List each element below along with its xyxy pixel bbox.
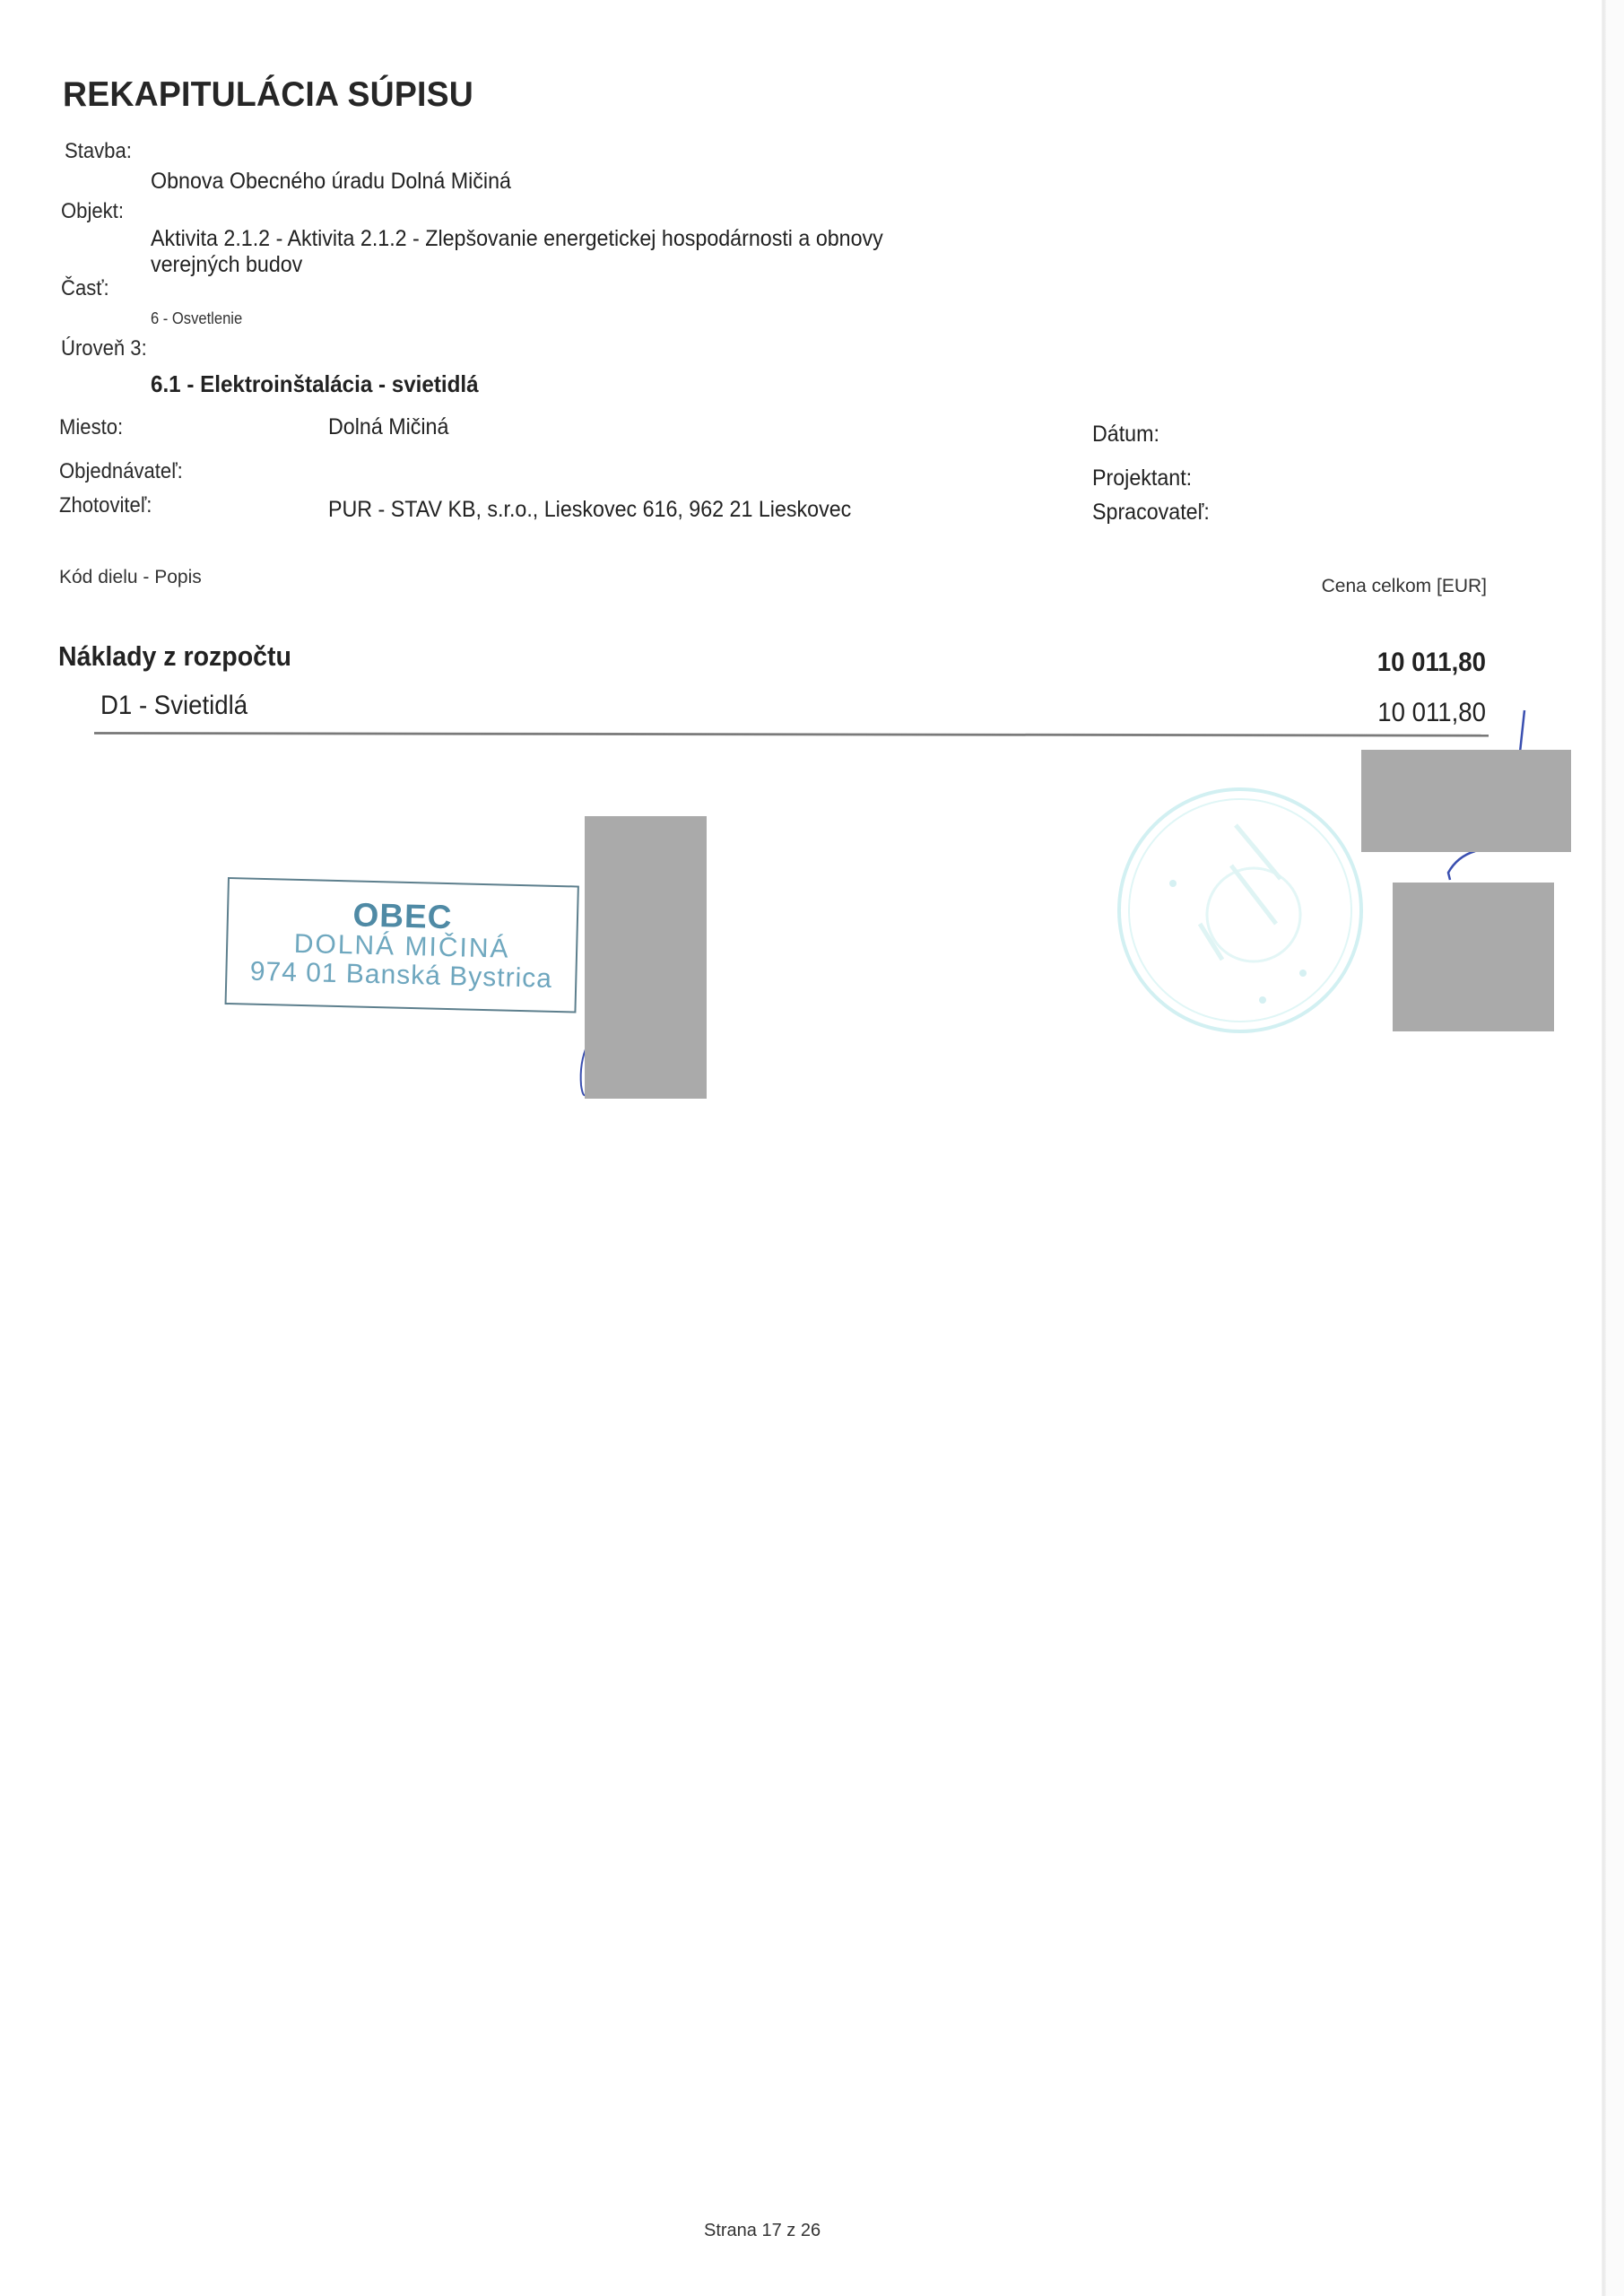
page-number: Strana 17 z 26 xyxy=(704,2221,821,2241)
column-header-total-price: Cena celkom [EUR] xyxy=(1255,576,1487,597)
uroven-value: 6.1 - Elektroinštalácia - svietidlá xyxy=(151,370,479,398)
row-label: D1 - Svietidlá xyxy=(100,691,248,721)
datum-label: Dátum: xyxy=(1092,422,1159,448)
table-divider xyxy=(94,732,1489,737)
zhotovitel-value: PUR - STAV KB, s.r.o., Lieskovec 616, 96… xyxy=(328,497,851,523)
uroven-label: Úroveň 3: xyxy=(61,336,147,361)
budget-total-label: Náklady z rozpočtu xyxy=(58,640,291,673)
document-title: REKAPITULÁCIA SÚPISU xyxy=(63,75,473,115)
stavba-value: Obnova Obecného úradu Dolná Mičiná xyxy=(151,169,511,195)
redacted-signature xyxy=(1393,883,1554,1031)
row-value: 10 011,80 xyxy=(1274,698,1486,728)
redacted-signature xyxy=(585,816,707,1099)
stavba-label: Stavba: xyxy=(65,139,132,164)
cast-value: 6 - Osvetlenie xyxy=(151,309,242,328)
objekt-label: Objekt: xyxy=(61,199,124,224)
municipal-stamp: OBEC DOLNÁ MIČINÁ 974 01 Banská Bystrica xyxy=(225,877,579,1013)
miesto-value: Dolná Mičiná xyxy=(328,414,448,440)
round-stamp-icon xyxy=(1110,780,1370,1040)
objednavatel-label: Objednávateľ: xyxy=(59,459,183,484)
zhotovitel-label: Zhotoviteľ: xyxy=(59,493,152,518)
objekt-value-line1: Aktivita 2.1.2 - Aktivita 2.1.2 - Zlepšo… xyxy=(151,226,883,252)
signature-stroke-icon xyxy=(1439,848,1484,883)
spracovatel-label: Spracovateľ: xyxy=(1092,500,1210,526)
projektant-label: Projektant: xyxy=(1092,465,1192,491)
objekt-value-line2: verejných budov xyxy=(151,252,302,278)
column-header-code-description: Kód dielu - Popis xyxy=(59,567,202,588)
page-margin xyxy=(1606,0,1624,2296)
miesto-label: Miesto: xyxy=(59,415,123,440)
cast-label: Časť: xyxy=(61,276,109,301)
redacted-signature xyxy=(1361,750,1571,852)
budget-total-value: 10 011,80 xyxy=(1274,648,1486,678)
